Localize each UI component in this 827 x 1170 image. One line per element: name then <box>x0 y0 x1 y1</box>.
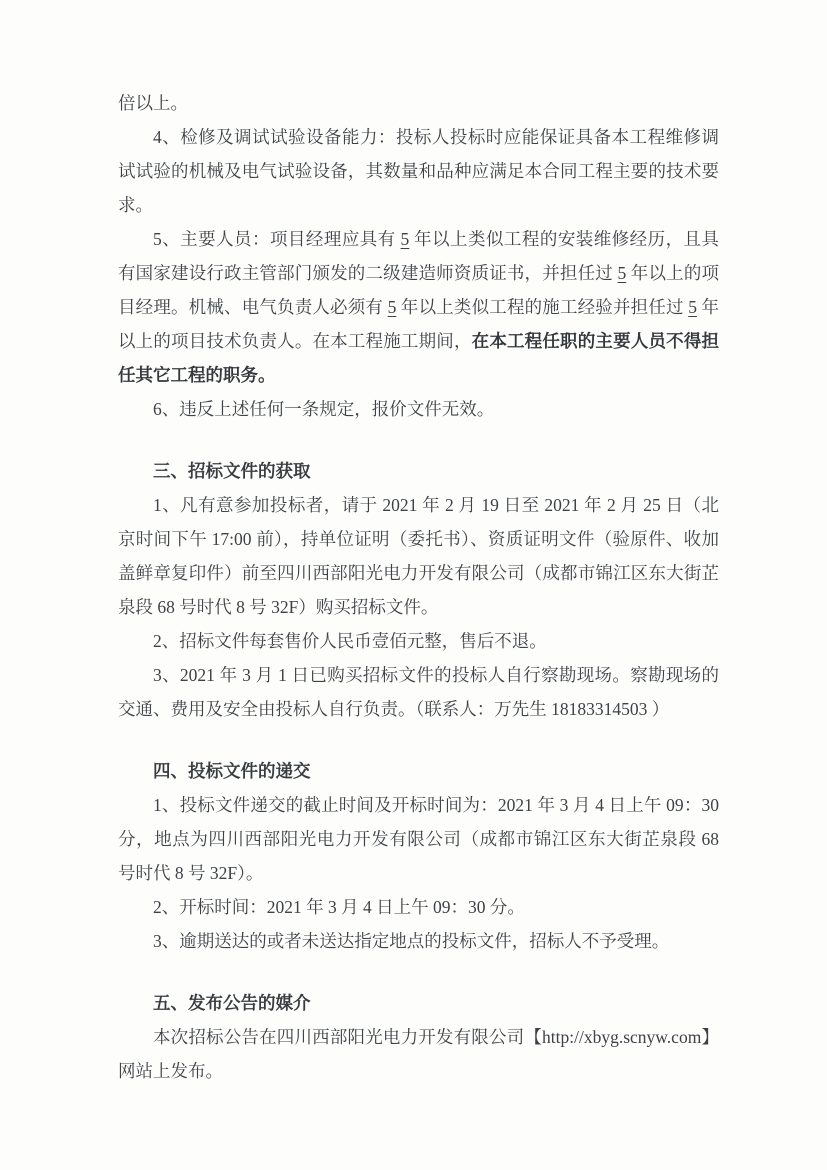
paragraph: 本次招标公告在四川西部阳光电力开发有限公司【http://xbyg.scnyw.… <box>118 1020 719 1088</box>
text-run: 3、2021 年 3 月 1 日已购买招标文件的投标人自行察勘现场。察勘现场的交… <box>118 665 719 719</box>
text-run: 四、投标文件的递交 <box>153 761 311 781</box>
section-heading: 三、招标文件的获取 <box>118 454 719 488</box>
section-heading: 四、投标文件的递交 <box>118 754 719 788</box>
text-run: 年以上类似工程的施工经验并担任过 <box>396 297 688 317</box>
paragraph: 2、开标时间：2021 年 3 月 4 日上午 09：30 分。 <box>118 890 719 924</box>
document-body: 倍以上。4、检修及调试试验设备能力：投标人投标时应能保证具备本工程维修调试试验的… <box>118 86 719 1088</box>
text-run: 倍以上。 <box>118 93 188 113</box>
paragraph: 5、主要人员：项目经理应具有 5 年以上类似工程的安装维修经历，且具有国家建设行… <box>118 222 719 392</box>
paragraph: 3、2021 年 3 月 1 日已购买招标文件的投标人自行察勘现场。察勘现场的交… <box>118 658 719 726</box>
paragraph: 3、逾期送达的或者未送达指定地点的投标文件，招标人不予受理。 <box>118 924 719 958</box>
text-run: 五、发布公告的媒介 <box>153 993 311 1013</box>
scanned-document-page: 倍以上。4、检修及调试试验设备能力：投标人投标时应能保证具备本工程维修调试试验的… <box>0 0 827 1170</box>
paragraph: 倍以上。 <box>118 86 719 120</box>
paragraph: 2、招标文件每套售价人民币壹佰元整，售后不退。 <box>118 624 719 658</box>
text-run: 6、违反上述任何一条规定，报价文件无效。 <box>153 399 494 419</box>
text-run: 1、凡有意参加投标者，请于 2021 年 2 月 19 日至 2021 年 2 … <box>118 495 719 617</box>
underlined-value: 5 <box>401 229 410 249</box>
underlined-value: 5 <box>688 297 697 317</box>
text-run: 本次招标公告在四川西部阳光电力开发有限公司【http://xbyg.scnyw.… <box>118 1027 719 1081</box>
text-run: 2、招标文件每套售价人民币壹佰元整，售后不退。 <box>153 631 547 651</box>
text-run: 三、招标文件的获取 <box>153 461 311 481</box>
text-run: 3、逾期送达的或者未送达指定地点的投标文件，招标人不予受理。 <box>153 931 669 951</box>
paragraph: 6、违反上述任何一条规定，报价文件无效。 <box>118 392 719 426</box>
underlined-value: 5 <box>618 263 627 283</box>
text-run: 5、主要人员：项目经理应具有 <box>153 229 401 249</box>
text-run: 1、投标文件递交的截止时间及开标时间为：2021 年 3 月 4 日上午 09：… <box>118 795 719 883</box>
section-heading: 五、发布公告的媒介 <box>118 986 719 1020</box>
text-run: 4、检修及调试试验设备能力：投标人投标时应能保证具备本工程维修调试试验的机械及电… <box>118 127 719 215</box>
text-run: 2、开标时间：2021 年 3 月 4 日上午 09：30 分。 <box>153 897 525 917</box>
paragraph: 1、凡有意参加投标者，请于 2021 年 2 月 19 日至 2021 年 2 … <box>118 488 719 624</box>
paragraph: 1、投标文件递交的截止时间及开标时间为：2021 年 3 月 4 日上午 09：… <box>118 788 719 890</box>
paragraph: 4、检修及调试试验设备能力：投标人投标时应能保证具备本工程维修调试试验的机械及电… <box>118 120 719 222</box>
